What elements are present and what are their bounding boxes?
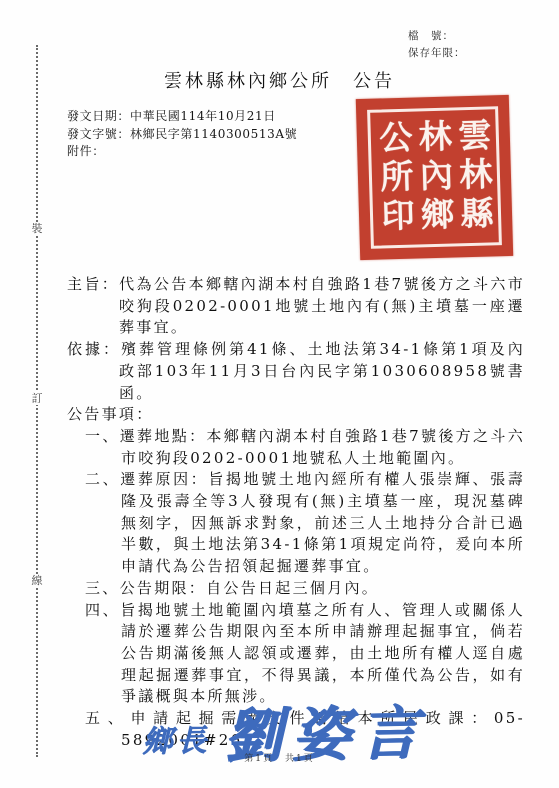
issue-date-line: 發文日期：中華民國114年10月21日 xyxy=(67,108,297,126)
item-3-text: 公告期限：自公告日起三個月內。 xyxy=(120,579,380,597)
subject-paragraph: 主旨：代為公告本鄉轄內湖本村自強路1巷7號後方之斗六市咬狗段0202-0001地… xyxy=(67,274,525,339)
document-meta: 發文日期：中華民國114年10月21日 發文字號：林鄉民字第1140300513… xyxy=(67,108,297,161)
attachment-line: 附件： xyxy=(67,143,297,161)
seal-column-2: 林內鄉 xyxy=(416,119,452,237)
item-1-number: 一、 xyxy=(85,427,120,445)
item-2-number: 二、 xyxy=(85,470,120,488)
basis-label: 依據： xyxy=(67,340,121,358)
item-1-text: 遷葬地點：本鄉轄內湖本村自強路1巷7號後方之斗六市咬狗段0202-0001地號私… xyxy=(120,427,525,467)
file-header: 檔 號： 保存年限： xyxy=(408,28,466,62)
seal-column-1: 雲林縣 xyxy=(456,117,492,235)
page-title: 雲林縣林內鄉公所 公告 xyxy=(0,67,559,93)
seal-column-3: 公所印 xyxy=(377,120,413,238)
item-2-text: 遷葬原因：旨揭地號土地內經所有權人張崇輝、張壽隆及張壽全等3人發現有(無)主墳墓… xyxy=(120,470,525,575)
binding-mark-xian: 線 xyxy=(30,574,44,587)
official-red-seal: 雲林縣 林內鄉 公所印 xyxy=(356,95,513,260)
item-3-number: 三、 xyxy=(85,579,120,597)
mayor-title: 鄉長 xyxy=(142,715,211,774)
page-number: 第1頁 共1頁 xyxy=(0,751,559,764)
doc-number-line: 發文字號：林鄉民字第1140300513A號 xyxy=(67,126,297,144)
subject-label: 主旨： xyxy=(67,275,119,293)
file-no-label: 檔 號： xyxy=(408,28,466,45)
basis-text: 殯葬管理條例第41條、土地法第34-1條第1項及內政部103年11月3日台內民字… xyxy=(119,340,525,401)
binding-mark-ding: 訂 xyxy=(30,392,44,405)
binding-mark-zhuang: 裝 xyxy=(30,222,44,235)
seal-inner-frame: 雲林縣 林內鄉 公所印 xyxy=(367,106,502,249)
item-2: 二、遷葬原因：旨揭地號土地內經所有權人張崇輝、張壽隆及張壽全等3人發現有(無)主… xyxy=(85,469,525,578)
items-heading: 公告事項： xyxy=(67,404,525,426)
item-1: 一、遷葬地點：本鄉轄內湖本村自強路1巷7號後方之斗六市咬狗段0202-0001地… xyxy=(85,426,525,469)
retention-label: 保存年限： xyxy=(408,45,466,62)
item-4-number: 四、 xyxy=(85,601,120,619)
announcement-body: 主旨：代為公告本鄉轄內湖本村自強路1巷7號後方之斗六市咬狗段0202-0001地… xyxy=(67,274,525,751)
announcement-page: 裝 訂 線 檔 號： 保存年限： 雲林縣林內鄉公所 公告 發文日期：中華民國11… xyxy=(0,0,559,788)
item-3: 三、公告期限：自公告日起三個月內。 xyxy=(85,578,525,600)
subject-text: 代為公告本鄉轄內湖本村自強路1巷7號後方之斗六市咬狗段0202-0001地號土地… xyxy=(119,275,525,336)
basis-paragraph: 依據：殯葬管理條例第41條、土地法第34-1條第1項及內政部103年11月3日台… xyxy=(67,339,525,404)
